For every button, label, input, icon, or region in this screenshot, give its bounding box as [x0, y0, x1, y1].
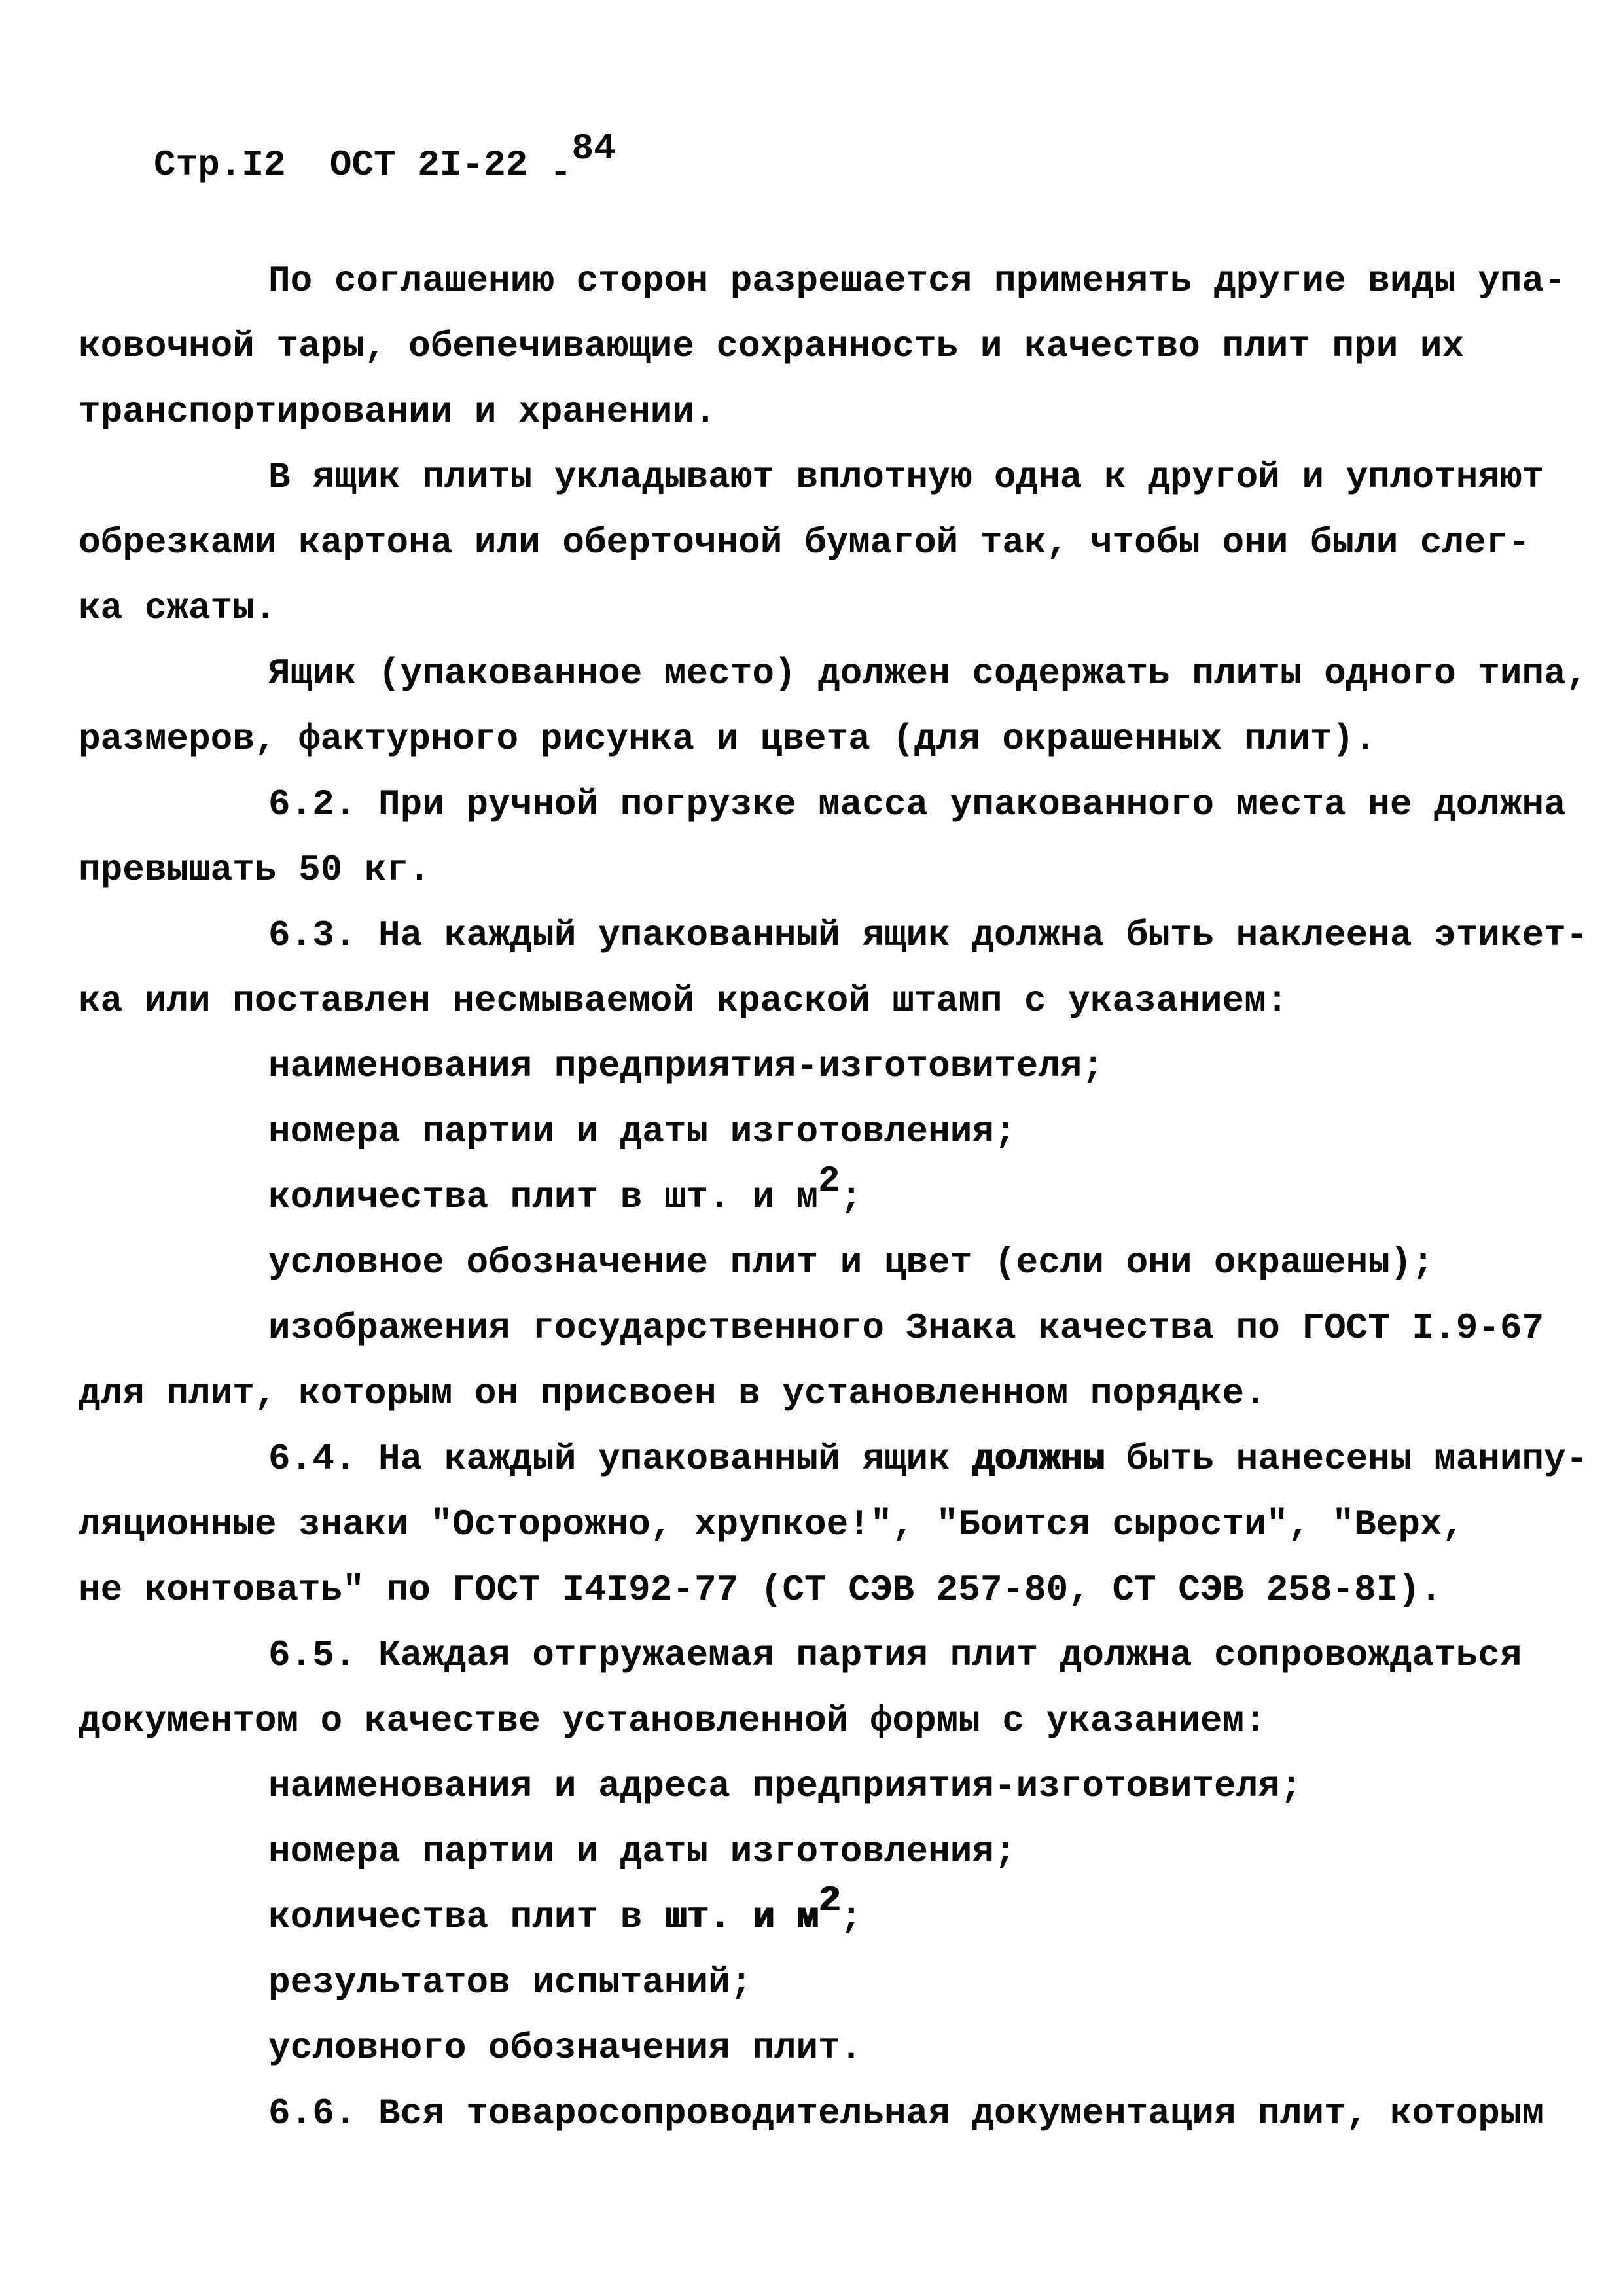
- text-line: 6.2. При ручной погрузке масса упакованн…: [79, 772, 1588, 837]
- text-line: результатов испытаний;: [79, 1950, 1588, 2015]
- text-line: ка сжаты.: [79, 575, 1588, 641]
- text-line: 6.4. На каждый упакованный ящик должны б…: [79, 1426, 1588, 1492]
- text-line: не контовать" по ГОСТ I4I92-77 (СТ СЭВ 2…: [79, 1557, 1588, 1623]
- text-line: ковочной тары, обепечивающие сохранность…: [79, 314, 1588, 379]
- text-line: номера партии и даты изготовления;: [79, 1819, 1588, 1884]
- text-line: обрезками картона или оберточной бумагой…: [79, 510, 1588, 575]
- text-line: наименования предприятия-изготовителя;: [79, 1033, 1588, 1099]
- text-line: номера партии и даты изготовления;: [79, 1099, 1588, 1164]
- text-line: Ящик (упакованное место) должен содержат…: [79, 641, 1588, 706]
- page-header: Стр.I2 ОСТ 2I-22 -84: [154, 132, 616, 198]
- text-line: количества плит в шт. и м2;: [79, 1164, 1588, 1230]
- text-line: 6.6. Вся товаросопроводительная документ…: [79, 2081, 1588, 2146]
- text-line: превышать 50 кг.: [79, 837, 1588, 903]
- text-line: 6.3. На каждый упакованный ящик должна б…: [79, 903, 1588, 968]
- text-line: 6.5. Каждая отгружаемая партия плит долж…: [79, 1623, 1588, 1688]
- text-line: условное обозначение плит и цвет (если о…: [79, 1230, 1588, 1295]
- text-line: ка или поставлен несмываемой краской шта…: [79, 968, 1588, 1033]
- text-line: В ящик плиты укладывают вплотную одна к …: [79, 444, 1588, 510]
- text-line: транспортировании и хранении.: [79, 379, 1588, 444]
- text-line: наименования и адреса предприятия-изгото…: [79, 1753, 1588, 1819]
- scanned-document-page: Стр.I2 ОСТ 2I-22 -84 По соглашению сторо…: [0, 0, 1623, 2296]
- text-line: размеров, фактурного рисунка и цвета (дл…: [79, 706, 1588, 772]
- text-line: изображения государственного Знака качес…: [79, 1295, 1588, 1361]
- text-line: условного обозначения плит.: [79, 2015, 1588, 2081]
- text-line: количества плит в шт. и м2;: [79, 1884, 1588, 1950]
- document-body: По соглашению сторон разрешается применя…: [79, 248, 1588, 2146]
- text-line: документом о качестве установленной форм…: [79, 1688, 1588, 1753]
- text-line: ляционные знаки "Осторожно, хрупкое!", "…: [79, 1492, 1588, 1557]
- text-line: По соглашению сторон разрешается применя…: [79, 248, 1588, 314]
- text-line: для плит, которым он присвоен в установл…: [79, 1361, 1588, 1426]
